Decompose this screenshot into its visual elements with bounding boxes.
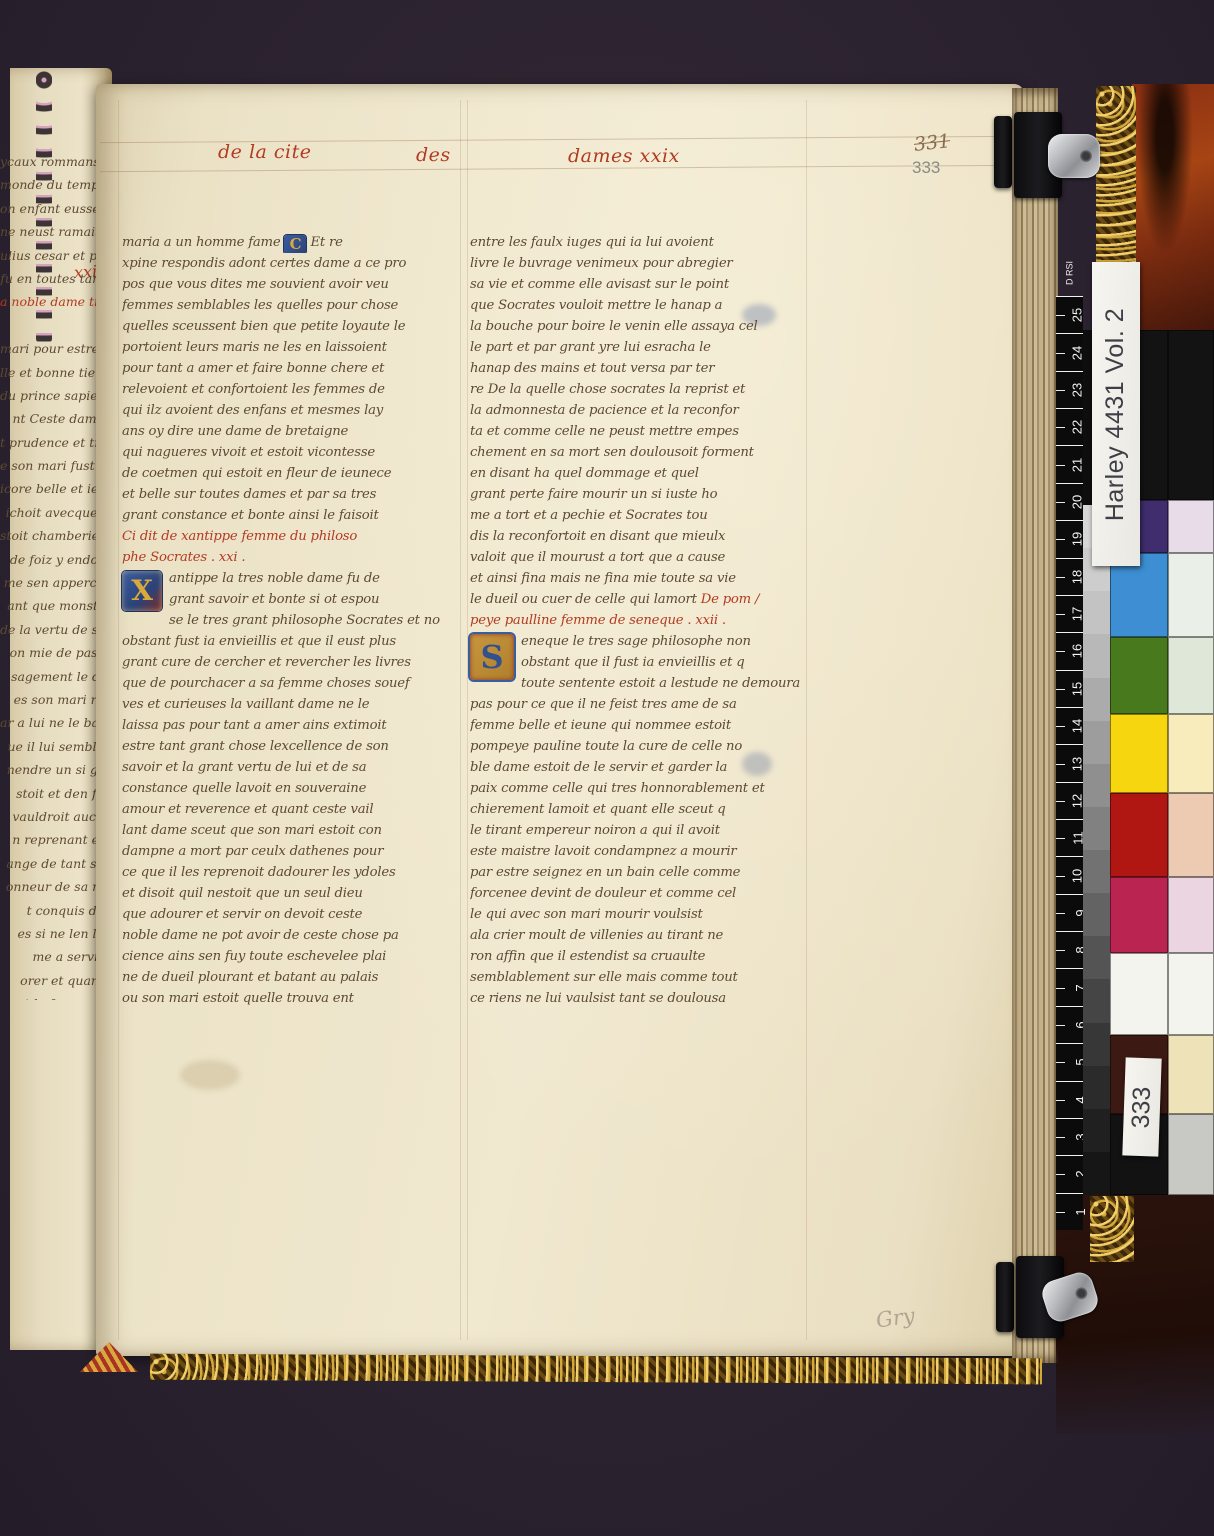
ruler-tick [1056,427,1065,428]
ruler-unit: 18 [1056,558,1083,595]
manuscript-line: fu en toutes tam [0,267,104,290]
manuscript-line: entre les faulx iuges qui ia lui avoient [470,232,814,253]
ruler-unit: 17 [1056,595,1083,632]
ruler-unit: 14 [1056,707,1083,744]
gilt-binding-edge [1090,1196,1134,1262]
manuscript-line: grant savoir et bonte si ot espou [169,589,466,610]
manuscript-line: chierement lamoit et quant elle sceut q [470,799,814,820]
manuscript-line: orer et quant [0,969,104,992]
stain [180,1060,240,1090]
ruler-tick [1056,502,1065,503]
running-header-mid: des [416,144,451,166]
manuscript-line: ves et curieuses la vaillant dame ne le [122,694,466,715]
ruler-tick [1056,1137,1065,1138]
color-patch [1168,793,1214,877]
manuscript-line: ala crier moult de villenies au tirant n… [470,925,814,946]
manuscript-line: savoir et la grant vertu de lui et de sa [122,757,466,778]
manuscript-line: relevoient et confortoient les femmes de [122,379,466,400]
manuscript-line: livre le buvrage venimeux pour abregier [470,253,814,274]
ruler-unit: 3 [1056,1118,1083,1155]
manuscript-line: pompeye pauline toute la cure de celle n… [470,736,814,757]
manuscript-line: sagement le di [0,665,104,688]
ruler-unit: 10 [1056,856,1083,893]
ruler-tick [1056,838,1065,839]
manuscript-line: vauldroit aucu [0,805,104,828]
manuscript-line: la bouche pour boire le venin elle assay… [470,316,814,337]
grayscale-step [1083,1023,1110,1066]
binder-clip-arm [996,1262,1014,1332]
manuscript-line: cience ains sen fuy toute eschevelee pla… [122,946,466,967]
manuscript-line: qui ilz avoient des enfans et mesmes lay [122,400,466,421]
ruler-unit: 23 [1056,371,1083,408]
inline-initial-c: C [284,235,306,253]
gilt-binding-edge [150,1354,1042,1385]
manuscript-line: lle et bonne tieme [0,361,104,384]
manuscript-line: quelles sceussent bien que petite loyaut… [122,316,466,337]
manuscript-line: qui nagueres vivoit et estoit vicontesse [122,442,466,463]
manuscript-line: par estre seignez en un bain celle comme [470,862,814,883]
decorated-initial-x: X [122,571,162,611]
ruler-tick [1056,876,1065,877]
manuscript-line: nendre un si gr [0,758,104,781]
facing-page-text: ycaux rommans ausmonde du tempeon enfant… [0,150,104,1000]
ruler-tick [1056,1174,1065,1175]
manuscript-line: que de pourchacer a sa femme choses soue… [122,673,466,694]
manuscript-line: ce que il les reprenoit dadourer les ydo… [122,862,466,883]
grayscale-step [1083,634,1110,677]
color-patch-row [1110,953,1214,1035]
binder-clip-handle [1048,134,1100,178]
manuscript-line: amour et reverence et quant ceste vail [122,799,466,820]
grayscale-step [1083,678,1110,721]
manuscript-line: pour tant a amer et faire bonne chere et [122,358,466,379]
manuscript-line: le dueil ou cuer de celle qui lamort De … [470,589,814,610]
manuscript-line: sa vie et comme elle avisast sur le poin… [470,274,814,295]
manuscript-line: maria a un homme fameCEt re [122,232,466,253]
clip-hole-icon [1074,1286,1089,1301]
rubric-inline-start: De pom / [701,592,760,607]
color-patch [1168,330,1214,500]
ruler-tick [1056,988,1065,989]
ruler-unit: 15 [1056,670,1083,707]
manuscript-line: et ainsi fina mais ne fina mie toute sa … [470,568,814,589]
manuscript-line: on enfant eussent [0,197,104,220]
manuscript-line: semblablement sur elle mais comme tout [470,967,814,988]
manuscript-line: ange de tant sa [0,852,104,875]
manuscript-line: le qui avec son mari mourir voulsist [470,904,814,925]
ruler-tick [1056,1212,1065,1213]
manuscript-line: femmes semblables les quelles pour chose [122,295,466,316]
manuscript-line: forcenee devint de douleur et comme cel [470,883,814,904]
grayscale-step [1083,936,1110,979]
shelfmark-label: Harley 4431 Vol. 2 [1092,262,1140,566]
color-patch [1168,877,1214,953]
manuscript-line: ta et comme celle ne peust mettre empes [470,421,814,442]
chapter-xxii: S eneque le tres sage philosophe nonobst… [470,631,814,1009]
grayscale-step [1083,721,1110,764]
color-patch [1168,1035,1214,1114]
ruler-unit: 16 [1056,632,1083,669]
manuscript-line: hanap des mains et tout versa par ter [470,358,814,379]
shelfmark-label-text: Harley 4431 Vol. 2 [1102,307,1131,520]
manuscript-line: me a servir [0,945,104,968]
manuscript-line: et disoit quil nestoit que un seul dieu [122,883,466,904]
manuscript-line: monde du tempe [0,173,104,196]
ruler-unit: 25 [1056,296,1083,333]
ruler-tick [1056,315,1065,316]
manuscript-line: ou son mari estoit quelle trouva ent [122,988,466,1009]
manuscript-line: ichoit avecques [0,501,104,524]
binder-clip-arm [994,116,1012,188]
manuscript-line: noble dame ne pot avoir de ceste chose p… [122,925,466,946]
manuscript-line: t conquis de [0,899,104,922]
ruler-number: 1 [1073,1208,1088,1215]
manuscript-line: que Socrates vouloit mettre le hanap a [470,295,814,316]
manuscript-line: stoit et den fo [0,782,104,805]
ruler-tick [1056,539,1065,540]
color-patch [1168,553,1214,637]
manuscript-line: grant constance et bonte ainsi le faisoi… [122,505,466,526]
paragraph-one: xpine respondis adont certes dame a ce p… [122,253,466,526]
text-column-right: entre les faulx iuges qui ia lui avoient… [470,232,814,1009]
grayscale-step [1083,979,1110,1022]
ruler-tick [1056,950,1065,951]
ruler-tick [1056,764,1065,765]
manuscript-line: phe Socrates . xxi . [122,547,466,568]
manuscript-line: et belle sur toutes dames et par sa tres [122,484,466,505]
manuscript-line: ron affin que il estendist sa cruaulte [470,946,814,967]
ruler-unit: 8 [1056,931,1083,968]
color-patch [1168,1114,1214,1195]
color-patch-row [1110,877,1214,953]
manuscript-line: re De la quelle chose socrates la repris… [470,379,814,400]
manuscript-line: de foiz y endor [0,548,104,571]
ruler-tick [1056,689,1065,690]
color-patch [1168,953,1214,1035]
manuscript-line: ce riens ne lui vaulsist tant se doulous… [470,988,814,1009]
color-patch [1110,877,1168,953]
manuscript-line: pos que vous dites me souvient avoir veu [122,274,466,295]
manuscript-line: ar a lui ne le bat [0,711,104,734]
grayscale-step [1083,807,1110,850]
manuscript-line: ne de dueil plourant et batant au palais [122,967,466,988]
color-patch [1110,637,1168,714]
ruler-unit: 20 [1056,483,1083,520]
calibration-ruler: 1234567891011121314151617181920212223242… [1056,296,1083,1230]
manuscript-line: dis la reconfortoit en disant que mieulx [470,526,814,547]
ruling-line [118,100,119,1340]
ruler-unit: 4 [1056,1081,1083,1118]
manuscript-line: que adourer et servir on devoit ceste [122,904,466,925]
folio-number-old: 331 [913,130,951,156]
manuscript-line: le tirant empereur noiron a qui il avoit [470,820,814,841]
manuscript-line: n reprenant et [0,828,104,851]
ruler-unit: 1 [1056,1193,1083,1230]
ruler-tick [1056,465,1065,466]
manuscript-line: es son mari re [0,688,104,711]
ruler-tick [1056,1100,1065,1101]
manuscript-line: icore belle et ieun [0,477,104,500]
ruler-unit: 24 [1056,333,1083,370]
manuscript-line: ulius cesar et pou [0,244,104,267]
manuscript-line: le part et par grant yre lui esracha le [470,337,814,358]
manuscript-line: lant dame sceut que son mari estoit con [122,820,466,841]
manuscript-line: me sen apperce [0,571,104,594]
manuscript-line: t prudence et tres [0,431,104,454]
color-patch [1110,714,1168,793]
manuscript-line: estre tant grant chose lexcellence de so… [122,736,466,757]
ruler-unit: 2 [1056,1155,1083,1192]
line-text: maria a un homme fame [122,235,280,250]
manuscript-line: mari pour estre be [0,337,104,360]
manuscript-line: este maistre lavoit condampnez a mourir [470,841,814,862]
manuscript-line: de coetmen qui estoit en fleur de ieunec… [122,463,466,484]
grayscale-step [1083,591,1110,634]
clip-hole-icon [1080,150,1092,162]
manuscript-line: du prince sapien [0,384,104,407]
color-patch-row [1110,714,1214,793]
manuscript-line: t la femme d [0,992,104,1000]
running-header-left: de la cite [218,141,312,163]
manuscript-line: nt Ceste dame [0,407,104,430]
ruler-unit: 21 [1056,445,1083,482]
ruler-tick [1056,614,1065,615]
line-text: le dueil ou cuer de celle qui lamort [470,592,701,607]
color-patch [1110,793,1168,877]
manuscript-line: en disant ha quel dommage et quel [470,463,814,484]
manuscript-line: de la vertu de so [0,618,104,641]
ruler-tick [1056,353,1065,354]
ruler-unit: 6 [1056,1006,1083,1043]
color-patch [1168,714,1214,793]
manuscript-line: ant que monstr [0,594,104,617]
manuscript-line: es si ne len la [0,922,104,945]
ruler-tick [1056,726,1065,727]
manuscript-line: femme belle et ieune qui nommee estoit [470,715,814,736]
ruler-unit: 9 [1056,894,1083,931]
ruler-maker-text: D RSI [1065,260,1075,287]
folio-sticker: 333 [1122,1057,1161,1156]
manuscript-line: valoit que il mourust a tort que a cause [470,547,814,568]
manuscript-line [0,314,104,337]
rubric-seneque: peye paulline femme de seneque . xxii . [470,610,814,631]
running-header-right: dames xxix [568,145,680,167]
ruler-number: 25 [1069,308,1084,322]
ruler-tick [1056,801,1065,802]
grayscale-step [1083,1152,1110,1195]
ruling-line [467,100,468,1340]
manuscript-line: ne neust ramaitie [0,220,104,243]
binding-leather-damaged [1132,84,1214,344]
ruler-unit: 12 [1056,782,1083,819]
color-patch-row [1110,637,1214,714]
manuscript-line: constance quelle lavoit en souveraine [122,778,466,799]
manuscript-line: la admonnesta de pacience et la reconfor [470,400,814,421]
folio-sticker-text: 333 [1127,1086,1157,1129]
ruler-unit: 7 [1056,968,1083,1005]
grayscale-step [1083,850,1110,893]
manuscript-line: e son mari fust u [0,454,104,477]
manuscript-line: paix comme celle qui tres honnorablement… [470,778,814,799]
grayscale-step [1083,1066,1110,1109]
manuscript-line: ans oy dire une dame de bretaigne [122,421,466,442]
manuscript-line: a noble dame tien [0,290,104,313]
manuscript-line: chement en sa mort sen doulousoit formen… [470,442,814,463]
manuscript-line: pas pour ce que il ne feist tres ame de … [470,694,814,715]
chapter-xxi-end: entre les faulx iuges qui ia lui avoient… [470,232,814,589]
ruler-tick [1056,913,1065,914]
manuscript-line: grant cure de cercher et revercher les l… [122,652,466,673]
manuscript-line: ycaux rommans aus [0,150,104,173]
manuscript-line: antippe la tres noble dame fu de [169,568,466,589]
chapter-xxi: X antippe la tres noble dame fu degrant … [122,568,466,1009]
color-patch [1110,953,1168,1035]
ruler-unit: 19 [1056,520,1083,557]
manuscript-line: ue il lui sembla [0,735,104,758]
decorated-initial-s: S [470,634,514,680]
manuscript-line: se le tres grant philosophe Socrates et … [169,610,466,631]
manuscript-line: onneur de sa m [0,875,104,898]
ruler-tick [1056,577,1065,578]
manuscript-line: obstant que il fust ia envieillis et q [521,652,814,673]
manuscript-line: eneque le tres sage philosophe non [521,631,814,652]
manuscript-line: dampne a mort par ceulx dathenes pour [122,841,466,862]
manuscript-line: on mie de pass [0,641,104,664]
rubric-xantippe: Ci dit de xantippe femme du philosophe S… [122,526,466,568]
color-patch-row [1110,793,1214,877]
grayscale-step [1083,764,1110,807]
grayscale-step [1083,1109,1110,1152]
book-fore-edge [1012,88,1058,1363]
manuscript-line: obstant fust ia envieillis et que il eus… [122,631,466,652]
ruler-unit: 22 [1056,408,1083,445]
line-text: Et re [310,235,342,250]
manuscript-line: toute sentente estoit a lestude ne demou… [521,673,814,694]
manuscript-line: grant perte faire mourir un si iuste ho [470,484,814,505]
ruler-unit: 5 [1056,1043,1083,1080]
manuscript-line: stoit chamberier [0,524,104,547]
ruler-unit: 13 [1056,744,1083,781]
color-patch [1168,500,1214,553]
text-column-left: maria a un homme fameCEt re xpine respon… [122,232,466,1009]
folio-number-new: 333 [912,158,940,178]
grayscale-step [1083,893,1110,936]
ruler-unit: 11 [1056,819,1083,856]
manuscript-line: portoient leurs maris ne les en laissoie… [122,337,466,358]
ruler-tick [1056,390,1065,391]
manuscript-line: me a tort et a pechie et Socrates tou [470,505,814,526]
color-patch [1168,637,1214,714]
ruler-tick [1056,1025,1065,1026]
manuscript-line: laissa pas pour tant a amer ains extimoi… [122,715,466,736]
manuscript-line: Ci dit de xantippe femme du philoso [122,526,466,547]
ruler-tick [1056,1062,1065,1063]
manuscript-line: xpine respondis adont certes dame a ce p… [122,253,466,274]
ruler-tick [1056,651,1065,652]
manuscript-line: ble dame estoit de le servir et garder l… [470,757,814,778]
